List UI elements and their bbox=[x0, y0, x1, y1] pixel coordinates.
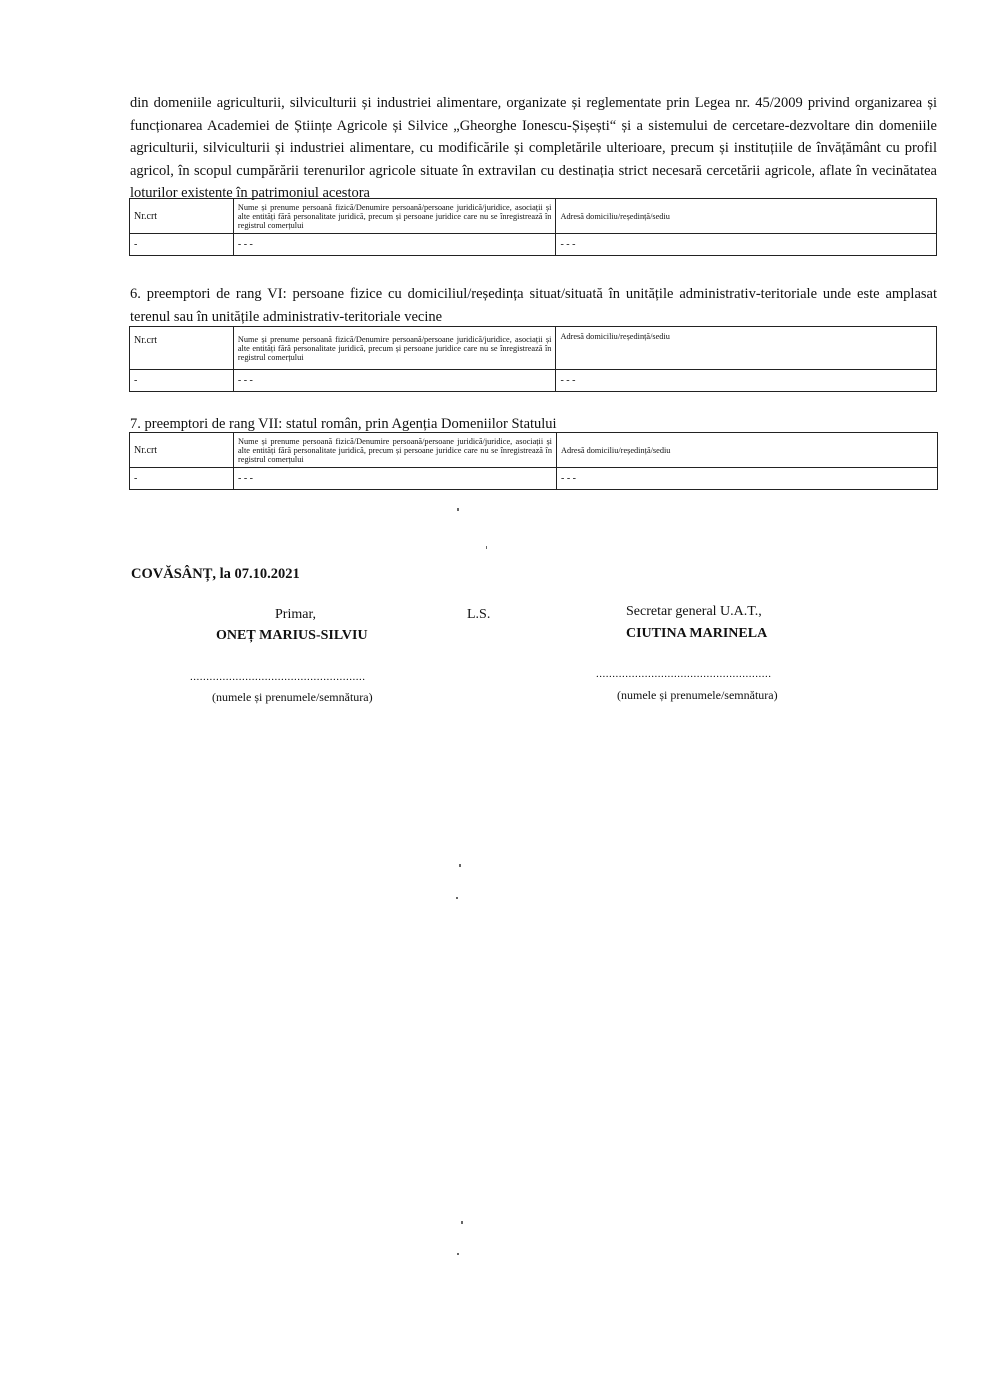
scan-speck bbox=[459, 864, 461, 867]
table-row: - - - - - - - bbox=[130, 468, 938, 490]
header-address: Adresă domiciliu/reședință/sediu bbox=[557, 433, 938, 468]
cell-address: - - - bbox=[556, 234, 937, 256]
header-address: Adresă domiciliu/reședință/sediu bbox=[556, 327, 937, 370]
secretary-signature-line: ........................................… bbox=[596, 668, 772, 680]
scan-speck bbox=[486, 546, 487, 549]
cell-address: - - - bbox=[557, 468, 938, 490]
scan-speck bbox=[457, 508, 459, 511]
header-name: Nume și prenume persoană fizică/Denumire… bbox=[233, 199, 556, 234]
section-6-heading: 6. preemptori de rang VI: persoane fizic… bbox=[130, 283, 937, 328]
cell-address: - - - bbox=[556, 370, 937, 392]
cell-name: - - - bbox=[233, 234, 556, 256]
scan-speck bbox=[457, 1253, 459, 1255]
header-name: Nume și prenume persoană fizică/Denumire… bbox=[234, 433, 557, 468]
scan-speck bbox=[461, 1221, 463, 1224]
header-name: Nume și prenume persoană fizică/Denumire… bbox=[233, 327, 556, 370]
mayor-name: ONEȚ MARIUS-SILVIU bbox=[216, 628, 368, 644]
mayor-signature-line: ........................................… bbox=[190, 671, 366, 683]
preemptors-table-6: Nr.crt Nume și prenume persoană fizică/D… bbox=[129, 326, 937, 392]
header-nr: Nr.crt bbox=[130, 199, 234, 234]
place-date: COVĂSÂNȚ, la 07.10.2021 bbox=[131, 566, 300, 583]
secretary-role: Secretar general U.A.T., bbox=[626, 604, 762, 620]
secretary-signature-note: (numele și prenumele/semnătura) bbox=[617, 688, 778, 703]
secretary-name: CIUTINA MARINELA bbox=[626, 626, 767, 642]
table-row: - - - - - - - bbox=[130, 234, 937, 256]
table-row: - - - - - - - bbox=[130, 370, 937, 392]
stamp-label: L.S. bbox=[467, 607, 490, 623]
preemptors-table-7: Nr.crt Nume și prenume persoană fizică/D… bbox=[129, 432, 938, 490]
cell-name: - - - bbox=[234, 468, 557, 490]
preemptors-table-5: Nr.crt Nume și prenume persoană fizică/D… bbox=[129, 198, 937, 256]
header-address: Adresă domiciliu/reședință/sediu bbox=[556, 199, 937, 234]
cell-nr: - bbox=[130, 234, 234, 256]
cell-nr: - bbox=[130, 370, 234, 392]
header-nr: Nr.crt bbox=[130, 327, 234, 370]
cell-nr: - bbox=[130, 468, 234, 490]
mayor-signature-note: (numele și prenumele/semnătura) bbox=[212, 690, 373, 705]
scan-speck bbox=[456, 897, 458, 899]
cell-name: - - - bbox=[233, 370, 556, 392]
mayor-role: Primar, bbox=[275, 607, 316, 623]
intro-paragraph: din domeniile agriculturii, silviculturi… bbox=[130, 92, 937, 205]
header-nr: Nr.crt bbox=[130, 433, 234, 468]
